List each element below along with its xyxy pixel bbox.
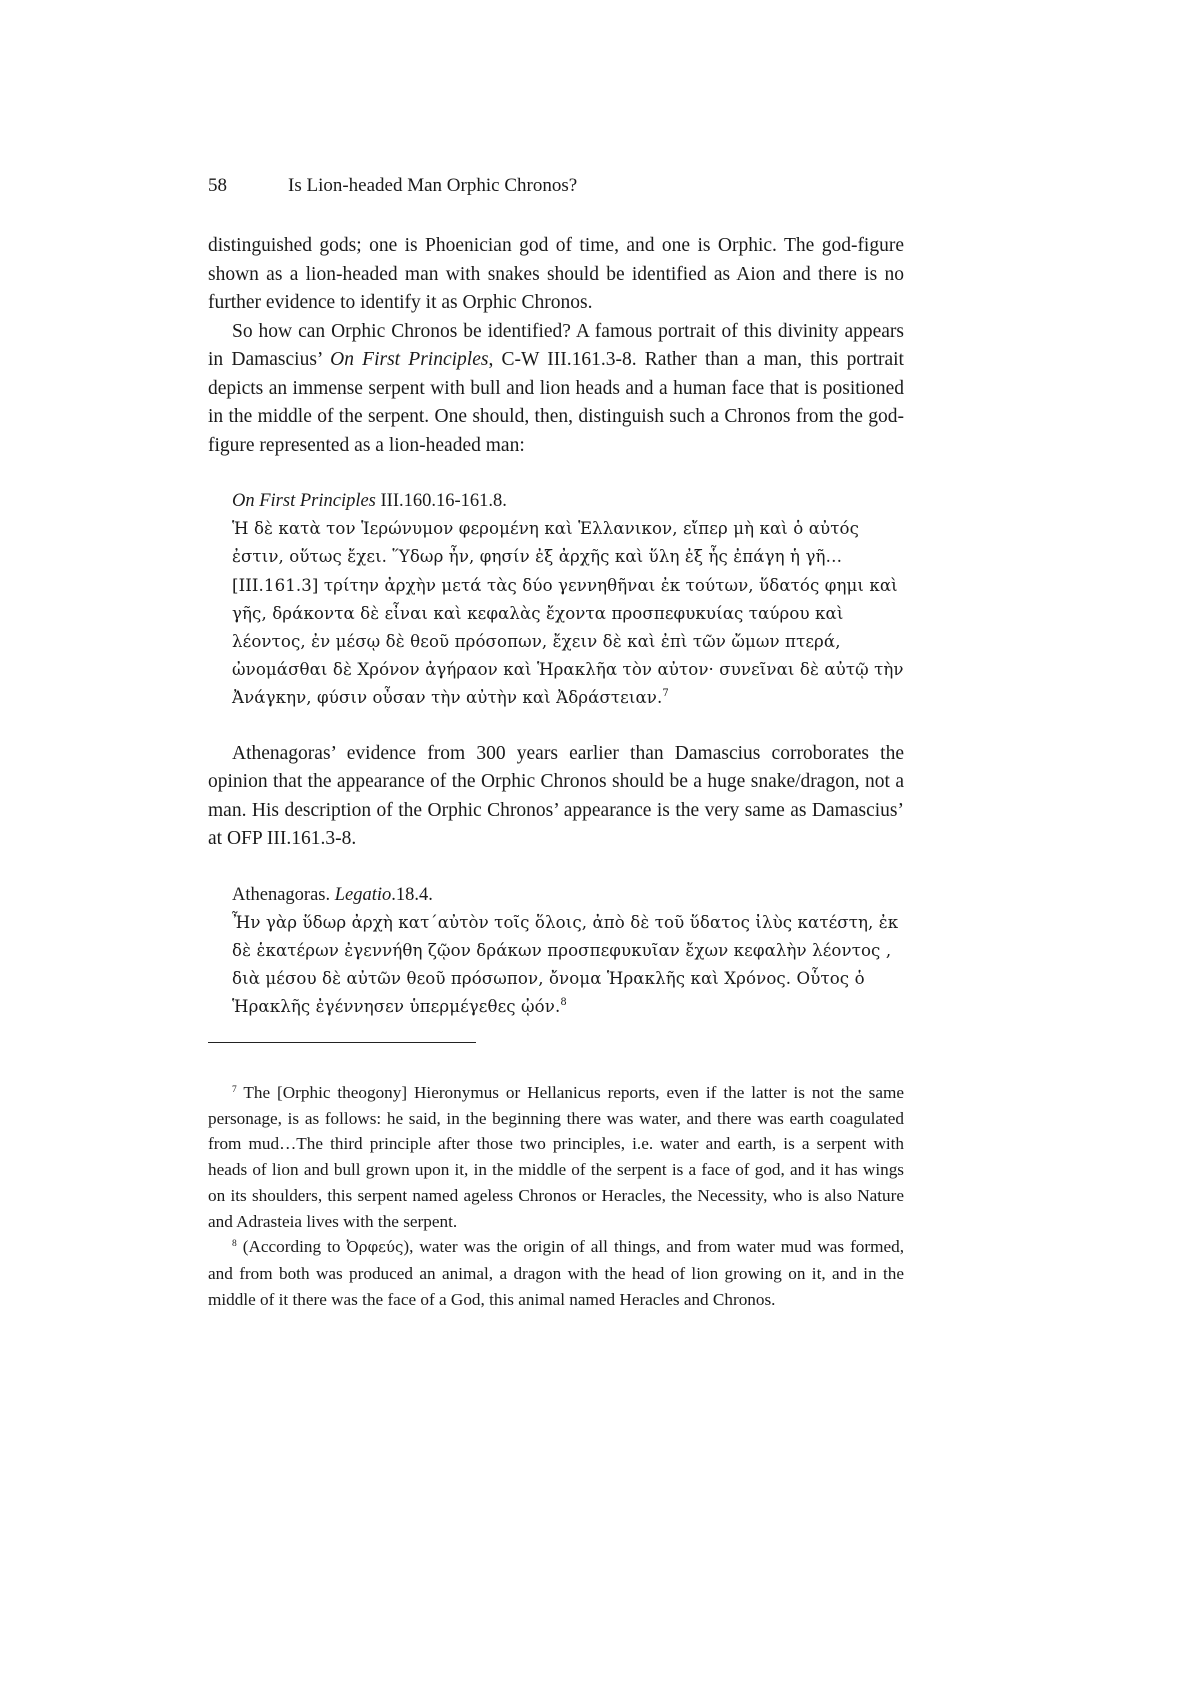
quote-source: Athenagoras. Legatio.18.4.	[232, 881, 904, 909]
footnote-ref-7[interactable]: 7	[662, 688, 668, 699]
footnote-7: 7 The [Orphic theogony] Hieronymus or He…	[208, 1080, 904, 1234]
greek-quote-text: Ἡ δὲ κατὰ τον Ἱερώνυμον φερομένη καὶ Ἑλλ…	[232, 515, 904, 712]
footnote-8: 8 (According to Ὀρφεύς), water was the o…	[208, 1234, 904, 1312]
running-title: Is Lion-headed Man Orphic Chronos?	[288, 175, 577, 196]
block-quote-damascius: On First Principles III.160.16-161.8. Ἡ …	[208, 487, 904, 713]
running-header: 58Is Lion-headed Man Orphic Chronos?	[208, 174, 577, 198]
main-text: distinguished gods; one is Phoenician go…	[208, 232, 904, 1022]
work-title: On First Principles	[330, 349, 488, 370]
quote-source: On First Principles III.160.16-161.8.	[232, 487, 904, 515]
footnote-divider	[208, 1042, 476, 1043]
footnotes: 7 The [Orphic theogony] Hieronymus or He…	[208, 1080, 904, 1312]
paragraph-3: Athenagoras’ evidence from 300 years ear…	[208, 740, 904, 854]
page-number: 58	[208, 174, 288, 198]
footnote-ref-8[interactable]: 8	[560, 997, 566, 1008]
paragraph-2: So how can Orphic Chronos be identified?…	[208, 318, 904, 461]
greek-quote-text: Ἦν γὰρ ὕδωρ ἀρχὴ κατ΄αὐτὸν τοῖς ὅλοις, ἀ…	[232, 909, 904, 1022]
paragraph-1: distinguished gods; one is Phoenician go…	[208, 232, 904, 318]
block-quote-athenagoras: Athenagoras. Legatio.18.4. Ἦν γὰρ ὕδωρ ἀ…	[208, 881, 904, 1022]
